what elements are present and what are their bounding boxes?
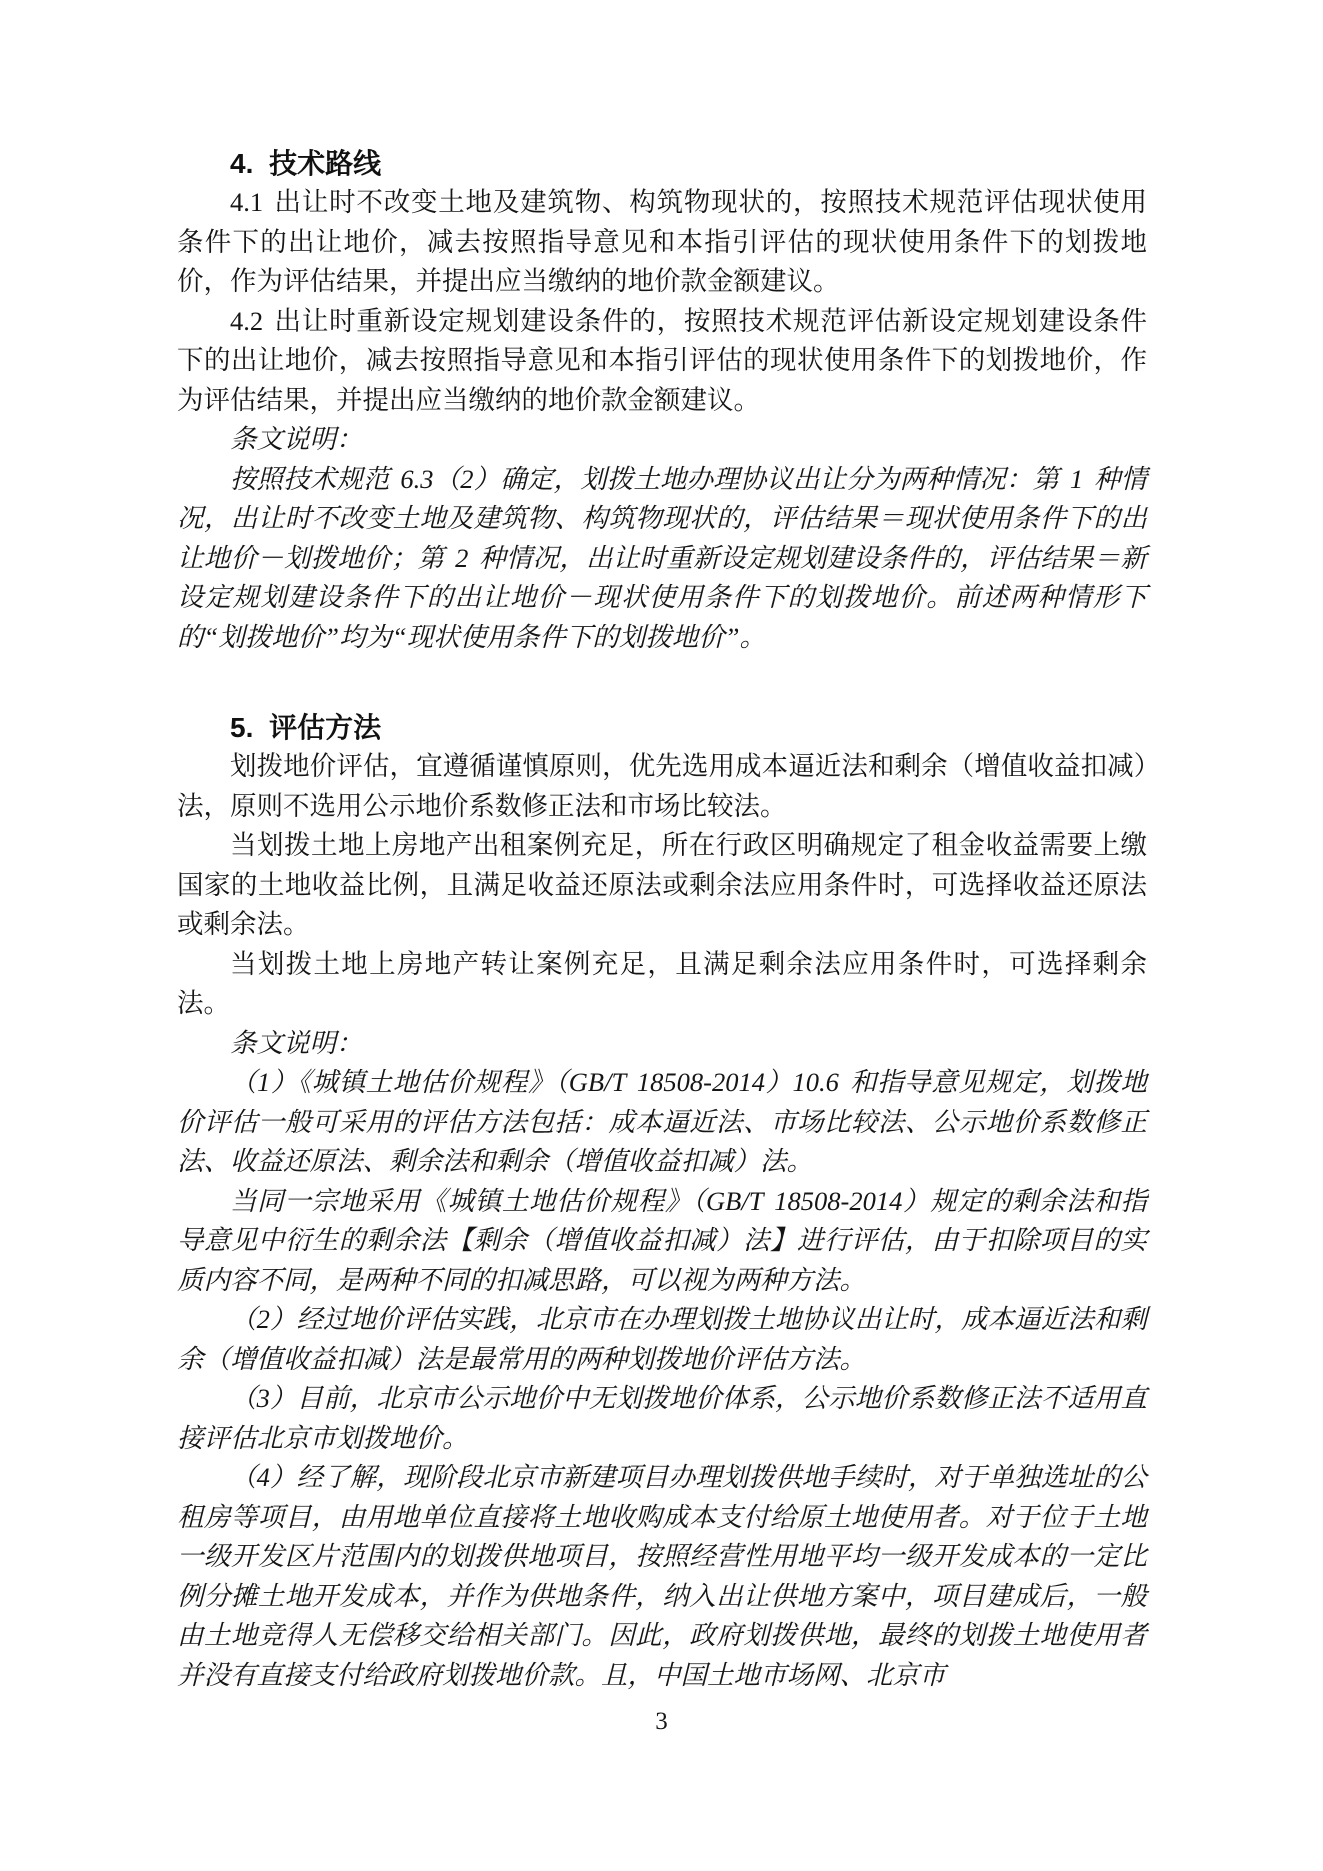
document-content: 4. 技术路线4.1 出让时不改变土地及建筑物、构筑物现状的，按照技术规范评估现…: [177, 145, 1147, 1695]
body-paragraph: 4.1 出让时不改变土地及建筑物、构筑物现状的，按照技术规范评估现状使用条件下的…: [177, 183, 1147, 302]
section-heading: 4. 技术路线: [177, 145, 1147, 183]
note-paragraph: 当同一宗地采用《城镇土地估价规程》（GB/T 18508-2014）规定的剩余法…: [177, 1182, 1147, 1301]
document-section: 5. 评估方法划拨地价评估，宜遵循谨慎原则，优先选用成本逼近法和剩余（增值收益扣…: [177, 709, 1147, 1695]
note-paragraph: （4）经了解，现阶段北京市新建项目办理划拨供地手续时，对于单独选址的公租房等项目…: [177, 1458, 1147, 1695]
note-label: 条文说明：: [177, 1024, 1147, 1064]
body-paragraph: 当划拨土地上房地产出租案例充足，所在行政区明确规定了租金收益需要上缴国家的土地收…: [177, 826, 1147, 945]
note-paragraph: （3）目前，北京市公示地价中无划拨地价体系，公示地价系数修正法不适用直接评估北京…: [177, 1379, 1147, 1458]
note-paragraph: （2）经过地价评估实践，北京市在办理划拨土地协议出让时，成本逼近法和剩余（增值收…: [177, 1300, 1147, 1379]
note-label: 条文说明：: [177, 420, 1147, 460]
page-footer: 3: [0, 1706, 1323, 1738]
document-section: 4. 技术路线4.1 出让时不改变土地及建筑物、构筑物现状的，按照技术规范评估现…: [177, 145, 1147, 657]
body-paragraph: 划拨地价评估，宜遵循谨慎原则，优先选用成本逼近法和剩余（增值收益扣减）法，原则不…: [177, 747, 1147, 826]
note-paragraph: 按照技术规范 6.3（2）确定，划拨土地办理协议出让分为两种情况：第 1 种情况…: [177, 460, 1147, 658]
document-page: 4. 技术路线4.1 出让时不改变土地及建筑物、构筑物现状的，按照技术规范评估现…: [0, 0, 1323, 1871]
note-paragraph: （1）《城镇土地估价规程》（GB/T 18508-2014）10.6 和指导意见…: [177, 1063, 1147, 1182]
section-heading: 5. 评估方法: [177, 709, 1147, 747]
body-paragraph: 当划拨土地上房地产转让案例充足，且满足剩余法应用条件时，可选择剩余法。: [177, 945, 1147, 1024]
body-paragraph: 4.2 出让时重新设定规划建设条件的，按照技术规范评估新设定规划建设条件下的出让…: [177, 302, 1147, 421]
page-number: 3: [655, 1708, 668, 1735]
